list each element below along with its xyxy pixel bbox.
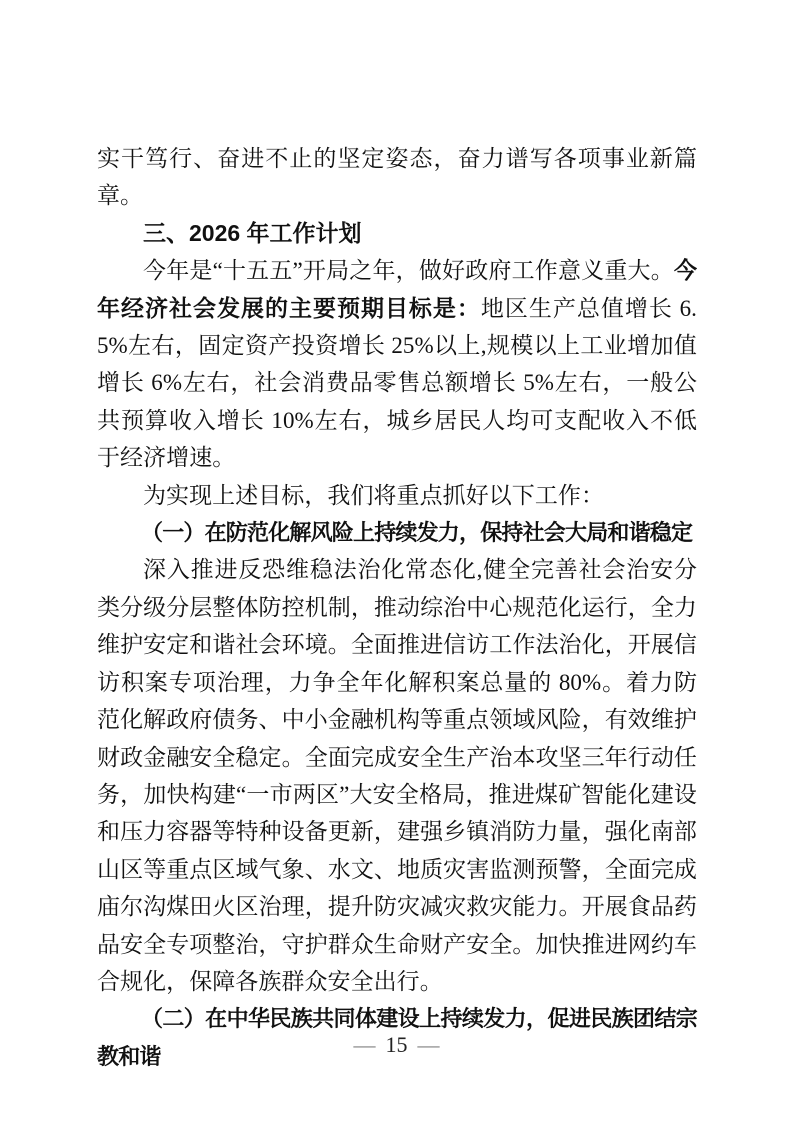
item-heading-1-risk-prevention: （一）在防范化解风险上持续发力，保持社会大局和谐稳定 bbox=[97, 514, 697, 551]
paragraph-item1-body: 深入推进反恐维稳法治化常态化,健全完善社会治安分类分级分层整体防控机制，推动综治… bbox=[97, 551, 697, 1000]
footer-dash-left: — bbox=[344, 1032, 386, 1057]
goals-targets-text: 地区生产总值增长 6.5%左右，固定资产投资增长 25%以上,规模以上工业增加值… bbox=[97, 296, 697, 471]
page-number: 15 bbox=[386, 1032, 408, 1057]
page-content: 实干笃行、奋进不止的坚定姿态，奋力谱写各项事业新篇章。 三、2026 年工作计划… bbox=[97, 140, 697, 1075]
page-footer: —15— bbox=[0, 1030, 793, 1060]
document-page: 实干笃行、奋进不止的坚定姿态，奋力谱写各项事业新篇章。 三、2026 年工作计划… bbox=[0, 0, 793, 1122]
paragraph-continuation: 实干笃行、奋进不止的坚定姿态，奋力谱写各项事业新篇章。 bbox=[97, 140, 697, 215]
footer-dash-right: — bbox=[408, 1032, 450, 1057]
goals-intro-text: 今年是“十五五”开局之年，做好政府工作意义重大。 bbox=[143, 258, 674, 283]
paragraph-goals: 今年是“十五五”开局之年，做好政府工作意义重大。今年经济社会发展的主要预期目标是… bbox=[97, 252, 697, 476]
paragraph-lead-in: 为实现上述目标，我们将重点抓好以下工作： bbox=[97, 477, 697, 514]
section-heading-work-plan-2026: 三、2026 年工作计划 bbox=[97, 215, 697, 252]
